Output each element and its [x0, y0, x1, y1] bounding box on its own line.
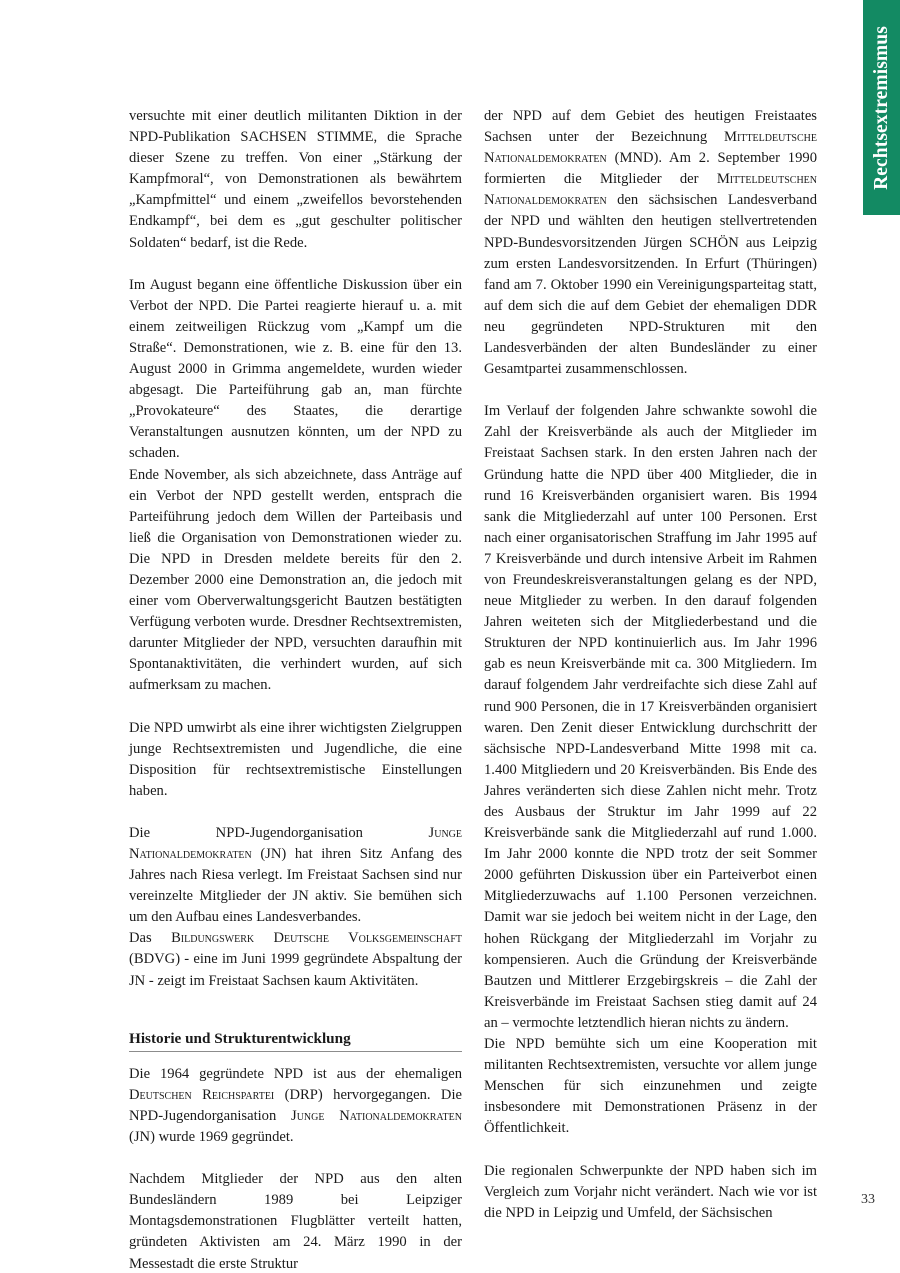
- paragraph: Im Verlauf der folgenden Jahre schwankte…: [484, 401, 817, 1034]
- paragraph: Das Bildungswerk Deutsche Volksgemeinsch…: [129, 928, 462, 991]
- text: Die 1964 gegründete NPD ist aus der ehem…: [129, 1066, 462, 1082]
- organization-name: Junge Nationaldemokraten: [291, 1108, 462, 1124]
- paragraph: Die 1964 gegründete NPD ist aus der ehem…: [129, 1064, 462, 1148]
- section-heading: Historie und Strukturentwicklung: [129, 1028, 462, 1052]
- left-column: versuchte mit einer deutlich militanten …: [129, 106, 462, 1273]
- text: den sächsischen Landesverband der NPD un…: [484, 192, 817, 377]
- paragraph: versuchte mit einer deutlich militanten …: [129, 106, 462, 254]
- paragraph: Ende November, als sich abzeichnete, das…: [129, 465, 462, 697]
- right-column: der NPD auf dem Gebiet des heutigen Frei…: [484, 106, 817, 1224]
- section-tab-label: Rechtsextremismus: [871, 26, 893, 190]
- paragraph: Im August begann eine öffentliche Diskus…: [129, 275, 462, 465]
- paragraph: der NPD auf dem Gebiet des heutigen Frei…: [484, 106, 817, 380]
- paragraph: Die NPD bemühte sich um eine Kooperation…: [484, 1034, 817, 1139]
- paragraph: Nachdem Mitglieder der NPD aus den alten…: [129, 1169, 462, 1273]
- text: (JN) wurde 1969 gegründet.: [129, 1129, 294, 1145]
- text: (BDVG) - eine im Juni 1999 gegründete Ab…: [129, 951, 462, 988]
- paragraph: Die regionalen Schwerpunkte der NPD habe…: [484, 1161, 817, 1224]
- page-number: 33: [861, 1192, 875, 1208]
- text: Das: [129, 930, 171, 946]
- organization-name: Deutschen Reichspartei: [129, 1087, 274, 1103]
- text: Die NPD-Jugendorganisation: [129, 825, 429, 841]
- paragraph: Die NPD umwirbt als eine ihrer wichtigst…: [129, 718, 462, 802]
- paragraph: Die NPD-Jugendorganisation Junge Nationa…: [129, 823, 462, 928]
- organization-name: Bildungswerk Deutsche Volksgemeinschaft: [171, 930, 462, 946]
- section-tab: Rechtsextremismus: [863, 0, 900, 215]
